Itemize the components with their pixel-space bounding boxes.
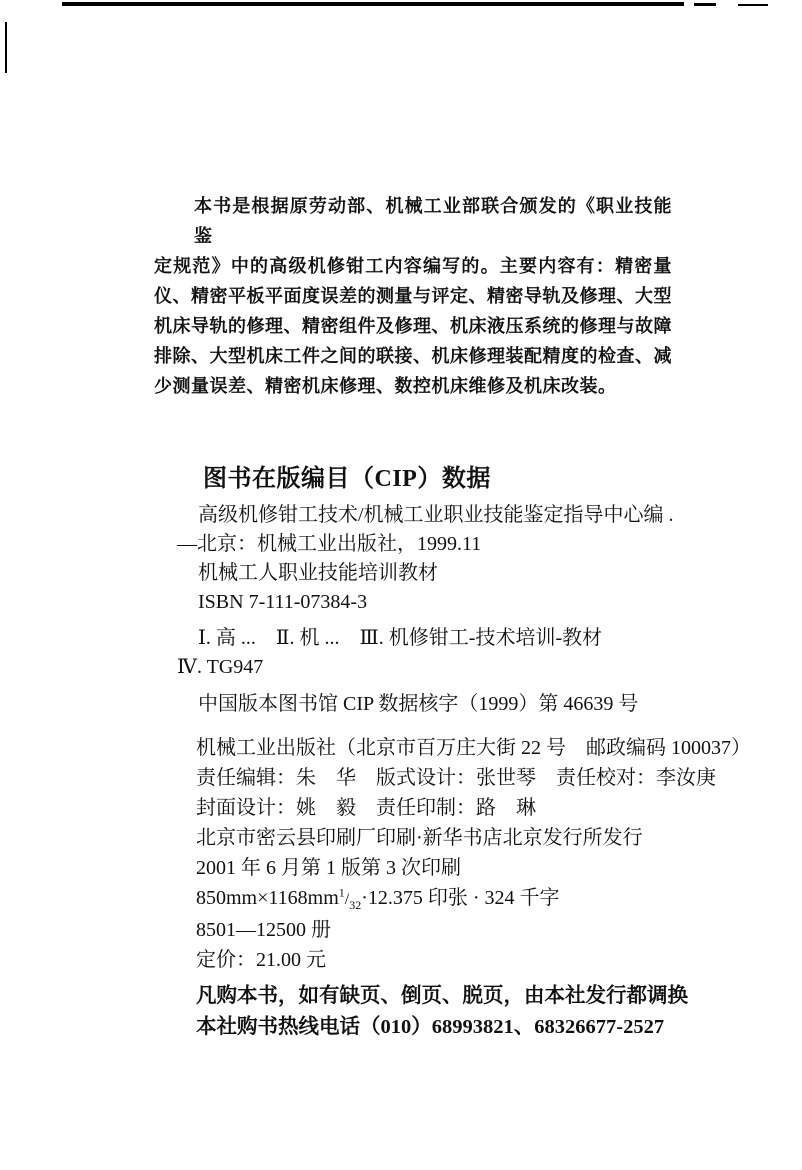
cip-record-number-line: 中国版本图书馆 CIP 数据核字（1999）第 46639 号 (177, 690, 674, 719)
format-sheet-size: 850mm×1168mm (196, 887, 339, 909)
cip-publisher-line: —北京：机械工业出版社，1999.11 (177, 530, 674, 559)
cip-classification-line-2: Ⅳ. TG947 (177, 653, 674, 682)
intro-line: 仪、精密平板平面度误差的测量与评定、精密导轨及修理、大型 (154, 281, 672, 311)
cip-block: 高级机修钳工技术/机械工业职业技能鉴定指导中心编 . —北京：机械工业出版社，1… (177, 501, 674, 719)
colophon-editors-line: 责任编辑：朱 华 版式设计：张世琴 责任校对：李汝庚 (196, 763, 751, 793)
format-sheets-words: ·12.375 印张 · 324 千字 (361, 887, 559, 909)
colophon-edition-line: 2001 年 6 月第 1 版第 3 次印刷 (196, 853, 751, 883)
cip-title-line: 高级机修钳工技术/机械工业职业技能鉴定指导中心编 . (177, 501, 674, 530)
colophon-printer-line: 北京市密云县印刷厂印刷·新华书店北京发行所发行 (196, 823, 751, 853)
cip-classification-line-1: Ⅰ. 高 ... Ⅱ. 机 ... Ⅲ. 机修钳工-技术培训-教材 (177, 624, 674, 653)
scan-artifact-left-line (5, 22, 7, 73)
cip-series-line: 机械工人职业技能培训教材 (177, 559, 674, 588)
scan-artifact-top-dash (694, 3, 716, 6)
format-fraction-denominator: 32 (349, 898, 361, 912)
intro-line: 本书是根据原劳动部、机械工业部联合颁发的《职业技能鉴 (154, 191, 672, 251)
intro-line: 机床导轨的修理、精密组件及修理、机床液压系统的修理与故障 (154, 311, 672, 341)
intro-line: 排除、大型机床工件之间的联接、机床修理装配精度的检查、减 (154, 341, 672, 371)
colophon-print-run-line: 8501—12500 册 (196, 915, 751, 945)
intro-line: 少测量误差、精密机床修理、数控机床维修及机床改装。 (154, 371, 672, 401)
intro-line: 定规范》中的高级机修钳工内容编写的。主要内容有：精密量 (154, 251, 672, 281)
colophon-publisher-line: 机械工业出版社（北京市百万庄大街 22 号 邮政编码 100037） (196, 733, 751, 763)
purchase-notice-block: 凡购本书，如有缺页、倒页、脱页，由本社发行都调换 本社购书热线电话（010）68… (196, 981, 688, 1043)
book-copyright-page: 本书是根据原劳动部、机械工业部联合颁发的《职业技能鉴 定规范》中的高级机修钳工内… (0, 0, 802, 1170)
scan-artifact-top-bar (62, 2, 684, 6)
cip-heading: 图书在版编目（CIP）数据 (203, 458, 491, 493)
notice-hotline-line: 本社购书热线电话（010）68993821、68326677-2527 (196, 1012, 688, 1043)
notice-replacement-line: 凡购本书，如有缺页、倒页、脱页，由本社发行都调换 (196, 981, 688, 1012)
intro-paragraph: 本书是根据原劳动部、机械工业部联合颁发的《职业技能鉴 定规范》中的高级机修钳工内… (154, 191, 672, 401)
cip-isbn-line: ISBN 7-111-07384-3 (177, 588, 674, 617)
scan-artifact-top-dash (738, 4, 768, 6)
colophon-block: 机械工业出版社（北京市百万庄大街 22 号 邮政编码 100037） 责任编辑：… (196, 733, 751, 975)
colophon-design-line: 封面设计：姚 毅 责任印制：路 琳 (196, 793, 751, 823)
colophon-price-line: 定价：21.00 元 (196, 945, 751, 975)
colophon-format-line: 850mm×1168mm1/32·12.375 印张 · 324 千字 (196, 883, 751, 915)
